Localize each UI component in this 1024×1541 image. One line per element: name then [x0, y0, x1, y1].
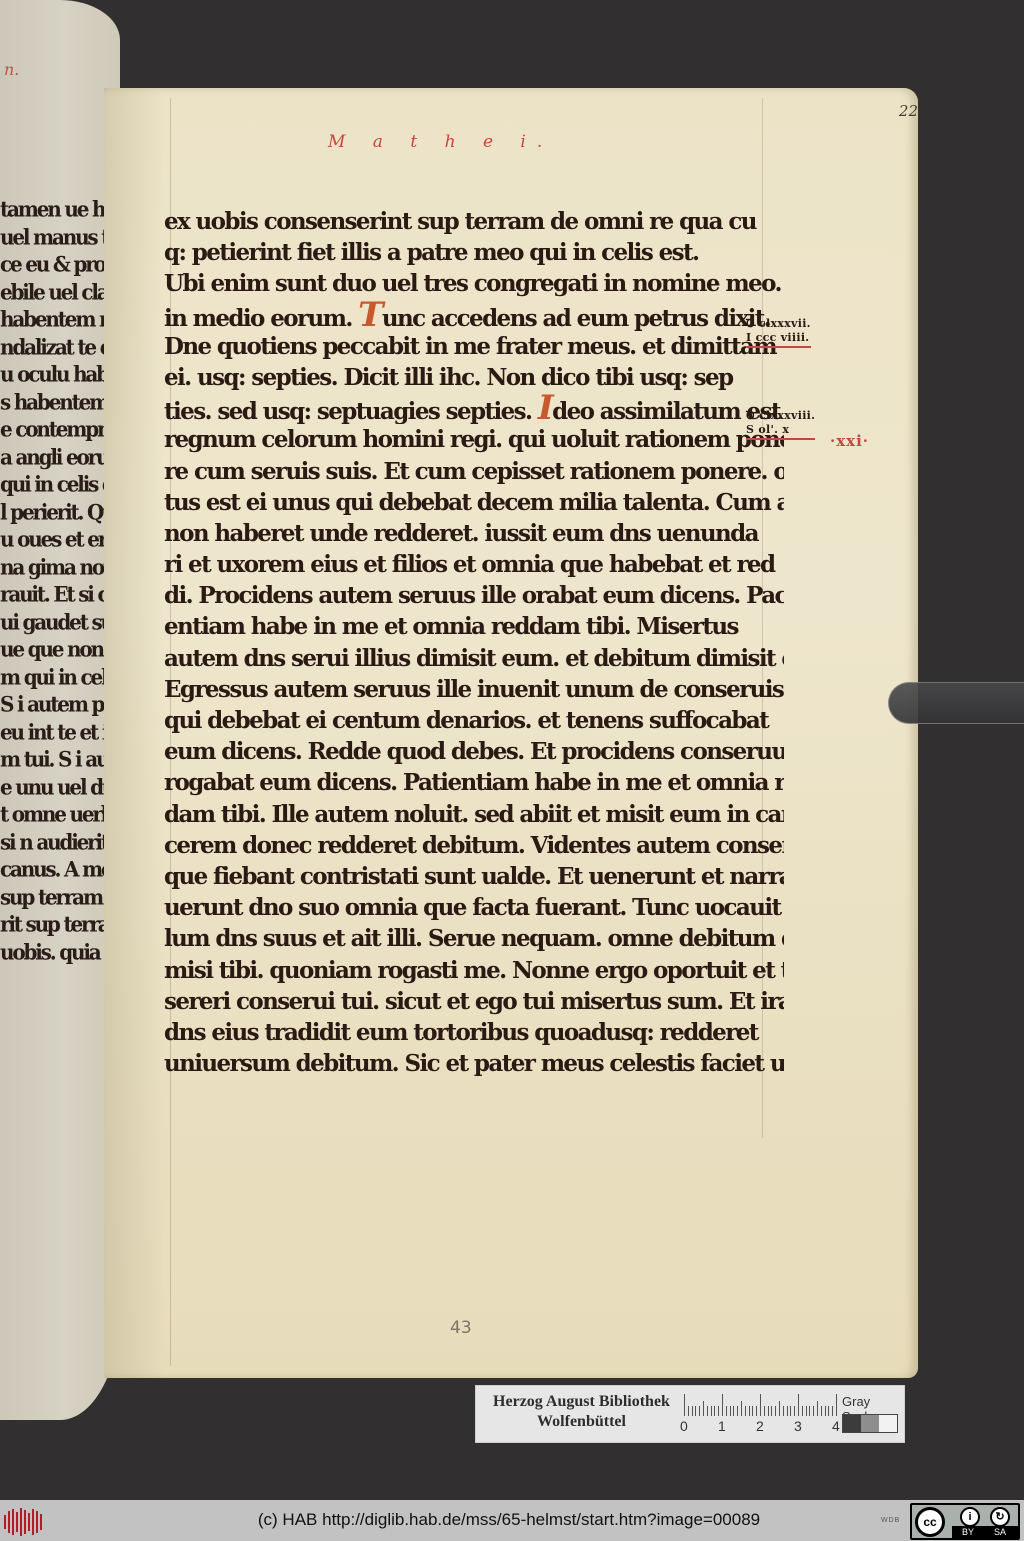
gray-swatch	[861, 1415, 879, 1432]
left-page-line: tamen ue homini	[0, 195, 118, 224]
left-page-line: a angli eorum in celis	[0, 443, 118, 472]
left-page-line: ui gaudet sup	[0, 608, 118, 637]
manuscript-line: Dne quotiens peccabit in me frater meus.…	[164, 331, 784, 362]
cc-license-badge[interactable]: cc i ↻ BY SA	[910, 1503, 1020, 1540]
manuscript-line: ex uobis consenserint sup terram de omni…	[164, 206, 784, 237]
left-page-line: m qui in celis est	[0, 663, 118, 692]
page-clip	[888, 682, 1024, 724]
chapter-number: ·xxi·	[830, 432, 869, 450]
line-text: in medio eorum.	[164, 305, 358, 331]
manuscript-line: rogabat eum dicens. Patientiam habe in m…	[164, 767, 784, 798]
margin-note-2: Ꝺ clxxxviii. S ol'. x	[746, 408, 815, 440]
left-page-line: l perierit. Quid	[0, 498, 118, 527]
ruler-label: 0	[680, 1418, 688, 1434]
left-page-line: canus. A men	[0, 855, 118, 884]
ruler-labels: 01234	[676, 1418, 846, 1436]
ruler-tick	[828, 1406, 829, 1416]
left-page-line: ce eu & proice abs te	[0, 250, 118, 279]
left-page-line: ue que non errauerunt	[0, 635, 118, 664]
ruler-tick	[787, 1406, 788, 1416]
library-name-line1: Herzog August Bibliothek	[484, 1392, 679, 1412]
ruler-tick	[760, 1394, 761, 1416]
ruler-tick	[832, 1406, 833, 1416]
ruler-tick	[813, 1406, 814, 1416]
manuscript-line: lum dns suus et ait illi. Serue nequam. …	[164, 923, 784, 954]
running-title: M a t h e i.	[328, 132, 553, 152]
margin-note-2-line1: Ꝺ clxxxviii.	[746, 408, 815, 423]
left-page-line: rit sup terram erit	[0, 910, 118, 939]
manuscript-line: ties. sed usq: septuagies septies. Ideo …	[164, 393, 784, 424]
left-page-line: qui in celis est illam	[0, 470, 118, 499]
footer-bar: (c) HAB http://diglib.hab.de/mss/65-helm…	[0, 1500, 1024, 1541]
manuscript-line: Egressus autem seruus ille inuenit unum …	[164, 674, 784, 705]
ruler-tick	[802, 1406, 803, 1416]
ruler-tick	[794, 1406, 795, 1416]
ruler-label: 1	[718, 1418, 726, 1434]
license-strip: BY SA	[952, 1526, 1018, 1538]
ruler-tick	[737, 1406, 738, 1416]
ruler-tick	[752, 1406, 753, 1416]
ruler-tick	[733, 1406, 734, 1416]
ruler-tick	[745, 1406, 746, 1416]
manuscript-line: tus est ei unus qui debebat decem milia …	[164, 487, 784, 518]
ruler-tick	[771, 1406, 772, 1416]
left-page-line: uobis. quia	[0, 938, 118, 967]
ruler-tick	[779, 1401, 780, 1416]
ruler-tick	[798, 1394, 799, 1416]
manuscript-line: autem dns serui illius dimisit eum. et d…	[164, 643, 784, 674]
manuscript-line: que fiebant contristati sunt ualde. Et u…	[164, 861, 784, 892]
folio-recto: M a t h e i. 22 ex uobis consenserint su…	[104, 88, 918, 1378]
wdb-mark: WDB	[881, 1517, 900, 1524]
sa-label: SA	[994, 1526, 1006, 1538]
margin-note-1-line1: Ꝺ clxxxvii.	[746, 316, 811, 331]
ruler-tick	[825, 1406, 826, 1416]
manuscript-line: eum dicens. Redde quod debes. Et procide…	[164, 736, 784, 767]
left-page-rubric-mark: n.	[4, 60, 19, 79]
ruler-tick	[703, 1401, 704, 1416]
manuscript-line: non haberet unde redderet. iussit eum dn…	[164, 518, 784, 549]
left-page-text: tamen ue hominiuel manus tua uelce eu & …	[0, 196, 118, 966]
left-page-line: u oues et errauerit	[0, 525, 118, 554]
ruler-tick	[749, 1406, 750, 1416]
left-page-line: uel manus tua uel	[0, 223, 118, 252]
manuscript-line: cerem donec redderet debitum. Videntes a…	[164, 830, 784, 861]
manuscript-line: ri et uxorem eius et filios et omnia que…	[164, 549, 784, 580]
left-page-line: habentem man ing	[0, 305, 118, 334]
manuscript-line: sereri conserui tui. sicut et ego tui mi…	[164, 986, 784, 1017]
manuscript-viewer: n. tamen ue hominiuel manus tua uelce eu…	[0, 0, 1024, 1500]
gray-swatch	[843, 1415, 861, 1432]
ruler-tick	[688, 1406, 689, 1416]
manuscript-line: dns eius tradidit eum tortoribus quoadus…	[164, 1017, 784, 1048]
margin-note-1-line2: I ccc viiii.	[746, 331, 811, 344]
scale-ruler	[684, 1394, 836, 1416]
ruler-tick	[821, 1406, 822, 1416]
ruler-label: 2	[756, 1418, 764, 1434]
ruler-tick	[741, 1401, 742, 1416]
manuscript-line: re cum seruis suis. Et cum cepisset rati…	[164, 456, 784, 487]
by-label: BY	[962, 1526, 974, 1538]
manuscript-text-block: ex uobis consenserint sup terram de omni…	[164, 206, 784, 1079]
manuscript-line: regnum celorum homini regi. qui uoluit r…	[164, 424, 784, 455]
left-page-line: S i autem peccauerit	[0, 690, 118, 719]
gray-scale-swatches	[842, 1414, 898, 1433]
ruler-tick	[768, 1406, 769, 1416]
ruler-tick	[817, 1401, 818, 1416]
share-alike-icon: ↻	[990, 1507, 1010, 1527]
ruler-tick	[775, 1406, 776, 1416]
left-page-line: e unu uel duos ut	[0, 773, 118, 802]
ruler-tick	[714, 1406, 715, 1416]
ruler-tick	[718, 1406, 719, 1416]
manuscript-line: uniuersum debitum. Sic et pater meus cel…	[164, 1048, 784, 1079]
left-page-line: u oculu habentem	[0, 360, 118, 389]
left-page-line: ebile uel claudu	[0, 278, 118, 307]
ruler-tick	[692, 1406, 693, 1416]
folio-number: 22	[899, 102, 918, 120]
ruler-tick	[790, 1406, 791, 1416]
ruler-tick	[809, 1406, 810, 1416]
ruler-tick	[764, 1406, 765, 1416]
manuscript-line: dam tibi. Ille autem noluit. sed abiit e…	[164, 799, 784, 830]
manuscript-line: ei. usq: septies. Dicit illi ihc. Non di…	[164, 362, 784, 393]
left-page-line: t omne uerbu. Q	[0, 800, 118, 829]
ruler-tick	[684, 1394, 685, 1416]
copyright-link[interactable]: (c) HAB http://diglib.hab.de/mss/65-helm…	[0, 1510, 1021, 1530]
manuscript-line: misi tibi. quoniam rogasti me. Nonne erg…	[164, 955, 784, 986]
ruler-tick	[722, 1394, 723, 1416]
left-page-line: na gima noue in	[0, 553, 118, 582]
ruler-label: 3	[794, 1418, 802, 1434]
ruler-tick	[836, 1394, 837, 1416]
calibration-strip: Herzog August Bibliothek Wolfenbüttel 01…	[475, 1385, 905, 1443]
left-page-line: sup terram erunt	[0, 883, 118, 912]
manuscript-line: uerunt dno suo omnia que facta fuerant. …	[164, 892, 784, 923]
ruler-tick	[730, 1406, 731, 1416]
line-text: ties. sed usq: septuagies septies.	[164, 398, 538, 424]
margin-note-2-line2: S ol'. x	[746, 423, 815, 436]
red-initial: T	[358, 300, 382, 331]
ruler-tick	[726, 1406, 727, 1416]
margin-note-2-rule	[746, 438, 815, 440]
margin-note-1-rule	[746, 346, 811, 348]
ruler-tick	[806, 1406, 807, 1416]
ruler-tick	[695, 1406, 696, 1416]
ruler-tick	[699, 1406, 700, 1416]
attribution-icon: i	[960, 1507, 980, 1527]
ruler-tick	[756, 1406, 757, 1416]
manuscript-line: qui debebat ei centum denarios. et tenen…	[164, 705, 784, 736]
manuscript-line: Ubi enim sunt duo uel tres congregati in…	[164, 268, 784, 299]
left-page-line: ndalizat te erue	[0, 333, 118, 362]
left-page-line: rauit. Et si contigerit	[0, 580, 118, 609]
manuscript-line: entiam habe in me et omnia reddam tibi. …	[164, 611, 784, 642]
gray-swatch	[879, 1415, 897, 1432]
left-page-line: m tui. S i aut	[0, 745, 118, 774]
margin-note-1: Ꝺ clxxxvii. I ccc viiii.	[746, 316, 811, 348]
left-page-line: eu int te et ipsu	[0, 718, 118, 747]
ruler-tick	[711, 1406, 712, 1416]
ruler-tick	[783, 1406, 784, 1416]
red-initial: I	[538, 393, 552, 424]
manuscript-line: in medio eorum. Tunc accedens ad eum pet…	[164, 300, 784, 331]
pencil-page-number: 43	[450, 1318, 472, 1338]
left-page-line: si n audierit	[0, 828, 118, 857]
ruler-label: 4	[832, 1418, 840, 1434]
library-name-line2: Wolfenbüttel	[484, 1412, 679, 1432]
cc-icon: cc	[915, 1507, 945, 1537]
left-page-line: e contempnatis uni	[0, 415, 118, 444]
line-text: unc accedens ad eum petrus dixit.	[382, 305, 770, 331]
library-name: Herzog August Bibliothek Wolfenbüttel	[484, 1392, 679, 1432]
left-page-line: s habentem mitti	[0, 388, 118, 417]
ruler-tick	[707, 1406, 708, 1416]
manuscript-line: q: petierint fiet illis a patre meo qui …	[164, 237, 784, 268]
left-page-verso: n. tamen ue hominiuel manus tua uelce eu…	[0, 0, 120, 1420]
manuscript-line: di. Procidens autem seruus ille orabat e…	[164, 580, 784, 611]
